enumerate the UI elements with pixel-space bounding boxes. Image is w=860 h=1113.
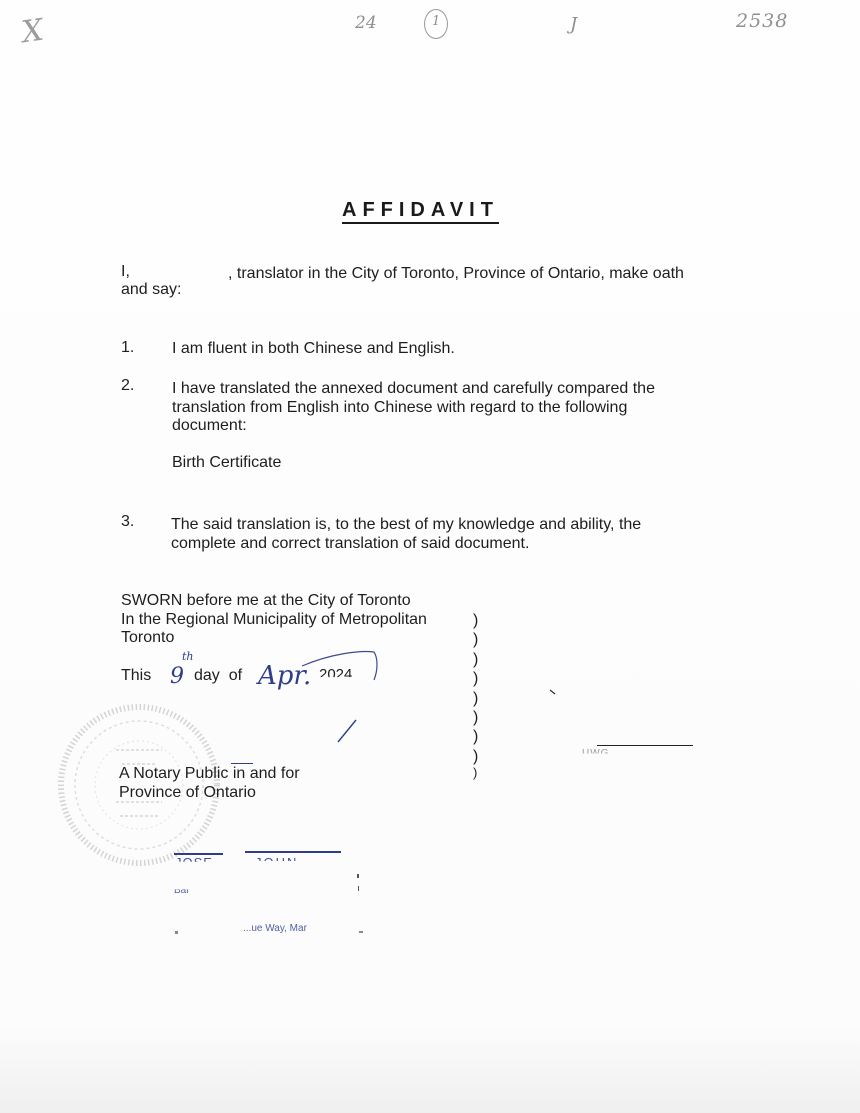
circled-page-number: 1 xyxy=(432,14,440,29)
pen-stroke-arc xyxy=(300,648,390,688)
paragraph-3-number: 3. xyxy=(121,513,134,531)
notary-line-1: A Notary Public in and for xyxy=(119,765,300,783)
circled-page-mark: 1 xyxy=(424,9,448,39)
date-prefix: This xyxy=(121,667,151,685)
paren: ) xyxy=(473,650,478,669)
paren: ) xyxy=(473,708,478,727)
pen-stroke-overline xyxy=(231,763,253,764)
intro-line-2: and say: xyxy=(121,281,181,299)
stamp-speck xyxy=(357,874,359,878)
document-title: AFFIDAVIT xyxy=(342,199,499,224)
handwritten-day-suffix: th xyxy=(182,650,194,663)
margin-mark-initial: J xyxy=(570,14,577,35)
deponent-signature-line xyxy=(597,745,693,746)
handwritten-day: 9 xyxy=(170,664,184,689)
notary-line-2: Province of Ontario xyxy=(119,784,256,802)
margin-mark-number: 24 xyxy=(355,13,377,33)
intro-line-1: , translator in the City of Toronto, Pro… xyxy=(228,265,684,283)
paren: ) xyxy=(473,611,478,630)
stamp-line-2-fragment: Bar xyxy=(174,885,190,896)
intro-prefix: I, xyxy=(121,263,130,281)
paren: ) xyxy=(473,630,478,649)
pen-stroke-dot xyxy=(548,688,558,696)
paragraph-3-line-1: The said translation is, to the best of … xyxy=(171,516,641,534)
jurat-line-2: In the Regional Municipality of Metropol… xyxy=(121,611,427,629)
paragraph-2-line-1: I have translated the annexed document a… xyxy=(172,380,655,398)
paren: ) xyxy=(473,727,478,746)
stamp-rule-right xyxy=(245,851,341,853)
stamp-speck xyxy=(358,886,359,891)
paragraph-1-number: 1. xyxy=(121,339,134,357)
stamp-name-fragment-2: JOHN xyxy=(255,855,298,870)
paren: ) xyxy=(473,669,478,688)
signature-caption-fragment: UWG xyxy=(582,748,609,759)
stamp-rule-left xyxy=(174,853,223,855)
paragraph-3-line-2: complete and correct translation of said… xyxy=(171,535,529,553)
stamp-line-3-fragment: ...ue Way, Mar xyxy=(243,923,307,934)
paragraph-2-number: 2. xyxy=(121,377,134,395)
paragraph-2-line-2: translation from English into Chinese wi… xyxy=(172,399,627,417)
date-day-label: day of xyxy=(194,667,242,685)
paren: ) xyxy=(473,689,478,708)
document-name: Birth Certificate xyxy=(172,454,281,472)
stamp-speck xyxy=(175,931,178,934)
stamp-speck xyxy=(359,931,363,933)
document-page: X 24 1 J 2538 AFFIDAVIT I, , translator … xyxy=(0,0,860,1113)
paragraph-1-line-1: I am fluent in both Chinese and English. xyxy=(172,340,455,358)
parentheses-column: ) ) ) ) ) ) ) ) ) xyxy=(473,611,478,780)
margin-mark-file-number: 2538 xyxy=(736,10,788,32)
jurat-line-3: Toronto xyxy=(121,629,174,647)
jurat-line-1: SWORN before me at the City of Toronto xyxy=(121,592,411,610)
margin-mark-top-left: X xyxy=(20,13,46,51)
paren: ) xyxy=(473,766,478,780)
paren: ) xyxy=(473,747,478,766)
pen-stroke-slash xyxy=(336,718,360,746)
paragraph-2-line-3: document: xyxy=(172,417,247,435)
